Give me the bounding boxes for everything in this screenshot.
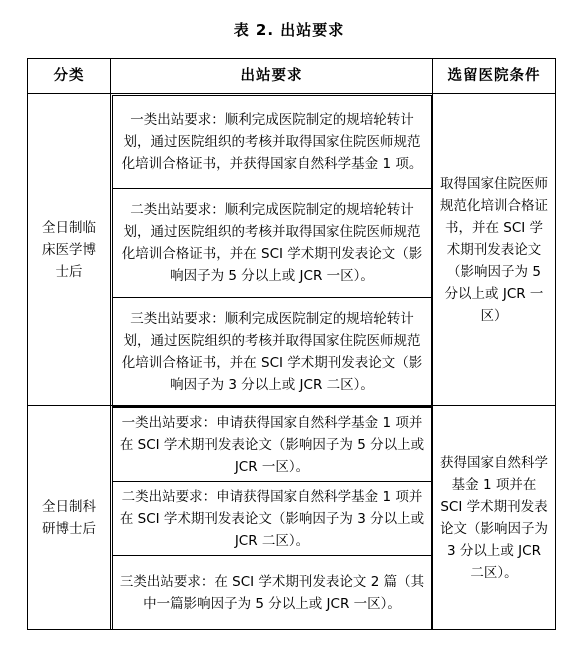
category-research-postdoc: 全日制科研博士后	[36, 406, 102, 630]
requirement-text: 一类出站要求：申请获得国家自然科学基金 1 项并在 SCI 学术期刊发表论文（影…	[119, 412, 425, 478]
column-divider	[432, 59, 433, 629]
category-clinical-postdoc: 全日制临床医学博士后	[36, 94, 102, 405]
header-retention: 选留医院条件	[433, 59, 555, 93]
requirement-text: 二类出站要求：申请获得国家自然科学基金 1 项并在 SCI 学术期刊发表论文（影…	[119, 486, 425, 552]
requirement-research-class-2: 二类出站要求：申请获得国家自然科学基金 1 项并在 SCI 学术期刊发表论文（影…	[112, 481, 432, 556]
exit-requirements-table: 分类 出站要求 选留医院条件 全日制临床医学博士后 一类出站要求：顺利完成医院制…	[27, 58, 556, 630]
table-title: 表 2. 出站要求	[0, 19, 578, 40]
column-divider	[110, 59, 111, 629]
requirement-research-class-3: 三类出站要求：在 SCI 学术期刊发表论文 2 篇（其中一篇影响因子为 5 分以…	[112, 555, 432, 630]
requirement-text: 三类出站要求：在 SCI 学术期刊发表论文 2 篇（其中一篇影响因子为 5 分以…	[119, 571, 425, 615]
header-requirements: 出站要求	[111, 59, 432, 93]
header-category: 分类	[28, 59, 110, 93]
requirement-clinical-class-3: 三类出站要求：顺利完成医院制定的规培轮转计划，通过医院组织的考核并取得国家住院医…	[112, 297, 432, 407]
retention-clinical: 取得国家住院医师规范化培训合格证书，并在 SCI 学术期刊发表论文（影响因子为 …	[440, 94, 548, 405]
requirement-text: 二类出站要求：顺利完成医院制定的规培轮转计划，通过医院组织的考核并取得国家住院医…	[119, 199, 425, 287]
retention-research: 获得国家自然科学基金 1 项并在 SCI 学术期刊发表论文（影响因子为 3 分以…	[440, 406, 548, 630]
requirement-clinical-class-1: 一类出站要求：顺利完成医院制定的规培轮转计划，通过医院组织的考核并取得国家住院医…	[112, 95, 432, 189]
requirement-clinical-class-2: 二类出站要求：顺利完成医院制定的规培轮转计划，通过医院组织的考核并取得国家住院医…	[112, 188, 432, 298]
requirement-text: 三类出站要求：顺利完成医院制定的规培轮转计划，通过医院组织的考核并取得国家住院医…	[119, 308, 425, 396]
requirement-text: 一类出站要求：顺利完成医院制定的规培轮转计划，通过医院组织的考核并取得国家住院医…	[119, 109, 425, 175]
requirement-research-class-1: 一类出站要求：申请获得国家自然科学基金 1 项并在 SCI 学术期刊发表论文（影…	[112, 407, 432, 482]
